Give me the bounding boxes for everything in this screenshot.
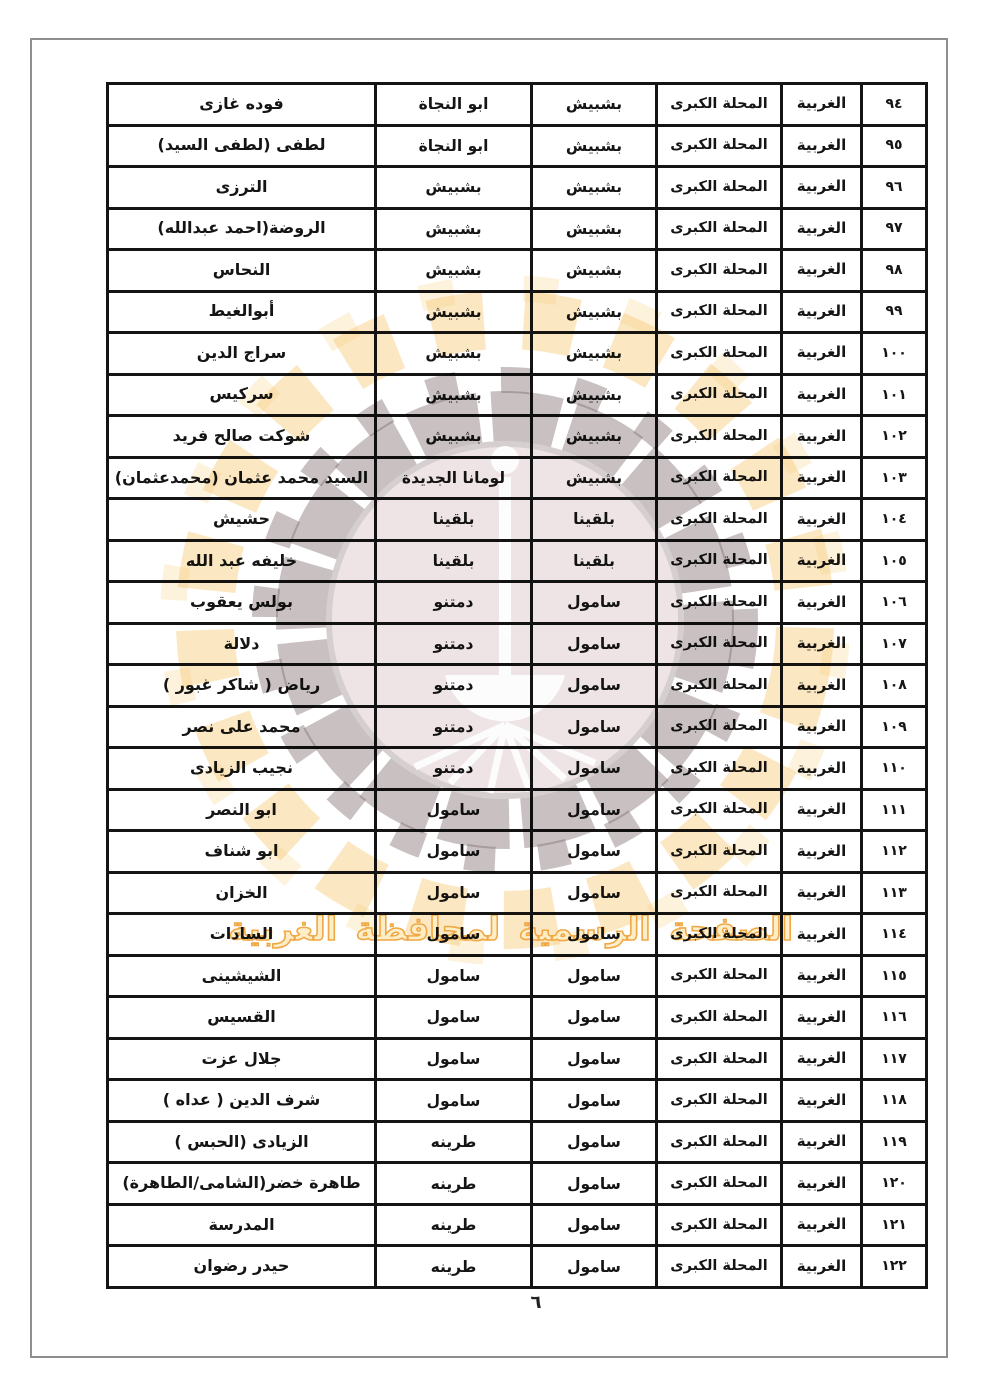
cell-row-number: ٩٩ xyxy=(863,293,925,332)
cell-name: السادات xyxy=(109,915,377,954)
cell-sub-area: بشبيش xyxy=(377,293,533,332)
table-row: نجيب الزيادى دمتنو سامول المحلة الكبرى ا… xyxy=(109,749,925,791)
cell-row-number: ١٠٢ xyxy=(863,417,925,456)
cell-sub-area: بشبيش xyxy=(377,168,533,207)
cell-governorate: الغربية xyxy=(783,459,863,498)
cell-row-number: ٩٦ xyxy=(863,168,925,207)
cell-row-number: ١٠٤ xyxy=(863,500,925,539)
cell-sub-area: ابو النجاة xyxy=(377,85,533,124)
cell-sub-area: سامول xyxy=(377,957,533,996)
cell-name: جلال عزت xyxy=(109,1040,377,1079)
cell-row-number: ١٢١ xyxy=(863,1206,925,1245)
cell-row-number: ١٠٣ xyxy=(863,459,925,498)
cell-city: المحلة الكبرى xyxy=(658,293,783,332)
cell-name: بولس يعقوب xyxy=(109,583,377,622)
cell-sub-area: بلقينا xyxy=(377,542,533,581)
cell-sub-area: دمتنو xyxy=(377,625,533,664)
cell-city: المحلة الكبرى xyxy=(658,168,783,207)
cell-sub-area: بشبيش xyxy=(377,417,533,456)
cell-city: المحلة الكبرى xyxy=(658,1081,783,1120)
cell-name: الزيادى (الحبس ) xyxy=(109,1123,377,1162)
cell-sub-area: سامول xyxy=(377,998,533,1037)
cell-name: أبوالغيط xyxy=(109,293,377,332)
table-row: النحاس بشبيش بشبيش المحلة الكبرى الغربية… xyxy=(109,251,925,293)
cell-sub-area: بشبيش xyxy=(377,251,533,290)
cell-village: بشبيش xyxy=(533,293,658,332)
register-table: فوده غازى ابو النجاة بشبيش المحلة الكبرى… xyxy=(106,82,928,1289)
cell-sub-area: سامول xyxy=(377,832,533,871)
cell-name: حيدر رضوان xyxy=(109,1247,377,1286)
cell-governorate: الغربية xyxy=(783,998,863,1037)
cell-city: المحلة الكبرى xyxy=(658,791,783,830)
cell-village: بشبيش xyxy=(533,251,658,290)
cell-sub-area: بشبيش xyxy=(377,210,533,249)
table-row: شرف الدين ( عداه ) سامول سامول المحلة ال… xyxy=(109,1081,925,1123)
table-row: خليفه عبد الله بلقينا بلقينا المحلة الكب… xyxy=(109,542,925,584)
cell-city: المحلة الكبرى xyxy=(658,251,783,290)
cell-governorate: الغربية xyxy=(783,1081,863,1120)
cell-governorate: الغربية xyxy=(783,915,863,954)
table-row: ابو النصر سامول سامول المحلة الكبرى الغر… xyxy=(109,791,925,833)
cell-governorate: الغربية xyxy=(783,666,863,705)
table-row: الروضة(احمد عبدالله) بشبيش بشبيش المحلة … xyxy=(109,210,925,252)
cell-name: شوكت صالح فريد xyxy=(109,417,377,456)
cell-city: المحلة الكبرى xyxy=(658,417,783,456)
table-row: حيدر رضوان طرينه سامول المحلة الكبرى الغ… xyxy=(109,1247,925,1286)
cell-village: سامول xyxy=(533,832,658,871)
cell-city: المحلة الكبرى xyxy=(658,915,783,954)
cell-row-number: ١١٨ xyxy=(863,1081,925,1120)
cell-village: سامول xyxy=(533,666,658,705)
page-number: ٦ xyxy=(496,1292,576,1313)
cell-village: سامول xyxy=(533,1206,658,1245)
cell-name: حشيش xyxy=(109,500,377,539)
cell-name: خليفه عبد الله xyxy=(109,542,377,581)
table-row: الترزى بشبيش بشبيش المحلة الكبرى الغربية… xyxy=(109,168,925,210)
cell-city: المحلة الكبرى xyxy=(658,957,783,996)
cell-governorate: الغربية xyxy=(783,625,863,664)
cell-village: سامول xyxy=(533,791,658,830)
cell-sub-area: بشبيش xyxy=(377,334,533,373)
cell-row-number: ١٠٨ xyxy=(863,666,925,705)
cell-sub-area: ابو النجاة xyxy=(377,127,533,166)
table-row: القسيس سامول سامول المحلة الكبرى الغربية… xyxy=(109,998,925,1040)
cell-row-number: ٩٤ xyxy=(863,85,925,124)
cell-sub-area: دمتنو xyxy=(377,708,533,747)
cell-row-number: ١١٥ xyxy=(863,957,925,996)
cell-row-number: ١١١ xyxy=(863,791,925,830)
table-row: فوده غازى ابو النجاة بشبيش المحلة الكبرى… xyxy=(109,85,925,127)
cell-city: المحلة الكبرى xyxy=(658,1123,783,1162)
cell-governorate: الغربية xyxy=(783,500,863,539)
cell-governorate: الغربية xyxy=(783,127,863,166)
cell-city: المحلة الكبرى xyxy=(658,1206,783,1245)
cell-row-number: ١١٧ xyxy=(863,1040,925,1079)
cell-village: سامول xyxy=(533,874,658,913)
cell-row-number: ١٠٧ xyxy=(863,625,925,664)
table-row: محمد على نصر دمتنو سامول المحلة الكبرى ا… xyxy=(109,708,925,750)
cell-sub-area: دمتنو xyxy=(377,666,533,705)
cell-row-number: ١١٠ xyxy=(863,749,925,788)
cell-name: الترزى xyxy=(109,168,377,207)
table-row: الخزان سامول سامول المحلة الكبرى الغربية… xyxy=(109,874,925,916)
cell-name: نجيب الزيادى xyxy=(109,749,377,788)
table-row: المدرسة طرينه سامول المحلة الكبرى الغربي… xyxy=(109,1206,925,1248)
cell-row-number: ١٠٩ xyxy=(863,708,925,747)
cell-village: سامول xyxy=(533,1123,658,1162)
cell-village: سامول xyxy=(533,1040,658,1079)
cell-sub-area: طرينه xyxy=(377,1247,533,1286)
cell-name: دلالة xyxy=(109,625,377,664)
cell-governorate: الغربية xyxy=(783,293,863,332)
cell-name: سركيس xyxy=(109,376,377,415)
cell-city: المحلة الكبرى xyxy=(658,625,783,664)
cell-city: المحلة الكبرى xyxy=(658,666,783,705)
cell-row-number: ١١٢ xyxy=(863,832,925,871)
table-row: السادات سامول سامول المحلة الكبرى الغربي… xyxy=(109,915,925,957)
cell-village: بشبيش xyxy=(533,417,658,456)
cell-row-number: ١٠٦ xyxy=(863,583,925,622)
cell-village: بشبيش xyxy=(533,127,658,166)
cell-city: المحلة الكبرى xyxy=(658,459,783,498)
table-row: لطفى (لطفى السيد) ابو النجاة بشبيش المحل… xyxy=(109,127,925,169)
cell-governorate: الغربية xyxy=(783,791,863,830)
table-row: السيد محمد عثمان (محمدعثمان) لومانا الجد… xyxy=(109,459,925,501)
cell-name: محمد على نصر xyxy=(109,708,377,747)
cell-village: سامول xyxy=(533,708,658,747)
cell-governorate: الغربية xyxy=(783,749,863,788)
cell-name: طاهرة خضر(الشامى/الطاهرة) xyxy=(109,1164,377,1203)
cell-governorate: الغربية xyxy=(783,583,863,622)
cell-governorate: الغربية xyxy=(783,85,863,124)
cell-row-number: ١٢٠ xyxy=(863,1164,925,1203)
table-row: طاهرة خضر(الشامى/الطاهرة) طرينه سامول ال… xyxy=(109,1164,925,1206)
cell-city: المحلة الكبرى xyxy=(658,1164,783,1203)
cell-governorate: الغربية xyxy=(783,1206,863,1245)
cell-city: المحلة الكبرى xyxy=(658,376,783,415)
cell-village: سامول xyxy=(533,957,658,996)
cell-name: رياض ( شاكر غبور ) xyxy=(109,666,377,705)
cell-city: المحلة الكبرى xyxy=(658,874,783,913)
cell-governorate: الغربية xyxy=(783,708,863,747)
cell-name: المدرسة xyxy=(109,1206,377,1245)
cell-city: المحلة الكبرى xyxy=(658,583,783,622)
cell-village: سامول xyxy=(533,915,658,954)
cell-village: سامول xyxy=(533,749,658,788)
cell-name: الشيشينى xyxy=(109,957,377,996)
cell-city: المحلة الكبرى xyxy=(658,998,783,1037)
cell-village: بشبيش xyxy=(533,334,658,373)
cell-city: المحلة الكبرى xyxy=(658,708,783,747)
table-row: جلال عزت سامول سامول المحلة الكبرى الغرب… xyxy=(109,1040,925,1082)
cell-row-number: ١١٩ xyxy=(863,1123,925,1162)
table-row: أبوالغيط بشبيش بشبيش المحلة الكبرى الغرب… xyxy=(109,293,925,335)
cell-name: القسيس xyxy=(109,998,377,1037)
cell-village: سامول xyxy=(533,625,658,664)
cell-name: شرف الدين ( عداه ) xyxy=(109,1081,377,1120)
cell-governorate: الغربية xyxy=(783,1123,863,1162)
cell-governorate: الغربية xyxy=(783,251,863,290)
cell-row-number: ١٢٢ xyxy=(863,1247,925,1286)
cell-sub-area: لومانا الجديدة xyxy=(377,459,533,498)
cell-sub-area: دمتنو xyxy=(377,749,533,788)
cell-sub-area: بشبيش xyxy=(377,376,533,415)
table-row: دلالة دمتنو سامول المحلة الكبرى الغربية … xyxy=(109,625,925,667)
cell-name: النحاس xyxy=(109,251,377,290)
cell-sub-area: طرينه xyxy=(377,1123,533,1162)
cell-village: بشبيش xyxy=(533,85,658,124)
cell-row-number: ٩٨ xyxy=(863,251,925,290)
cell-sub-area: سامول xyxy=(377,1040,533,1079)
cell-sub-area: بلقينا xyxy=(377,500,533,539)
cell-sub-area: طرينه xyxy=(377,1206,533,1245)
cell-village: بشبيش xyxy=(533,210,658,249)
cell-city: المحلة الكبرى xyxy=(658,500,783,539)
cell-governorate: الغربية xyxy=(783,376,863,415)
cell-governorate: الغربية xyxy=(783,1164,863,1203)
cell-village: سامول xyxy=(533,1164,658,1203)
cell-village: سامول xyxy=(533,1247,658,1286)
cell-village: بشبيش xyxy=(533,168,658,207)
cell-village: بشبيش xyxy=(533,459,658,498)
cell-name: لطفى (لطفى السيد) xyxy=(109,127,377,166)
table-row: سركيس بشبيش بشبيش المحلة الكبرى الغربية … xyxy=(109,376,925,418)
cell-name: الخزان xyxy=(109,874,377,913)
cell-name: فوده غازى xyxy=(109,85,377,124)
cell-governorate: الغربية xyxy=(783,334,863,373)
cell-name: سراج الدين xyxy=(109,334,377,373)
cell-sub-area: سامول xyxy=(377,874,533,913)
table-row: ابو شناف سامول سامول المحلة الكبرى الغرب… xyxy=(109,832,925,874)
cell-governorate: الغربية xyxy=(783,957,863,996)
cell-city: المحلة الكبرى xyxy=(658,1040,783,1079)
cell-city: المحلة الكبرى xyxy=(658,749,783,788)
cell-name: الروضة(احمد عبدالله) xyxy=(109,210,377,249)
cell-governorate: الغربية xyxy=(783,832,863,871)
cell-city: المحلة الكبرى xyxy=(658,542,783,581)
cell-city: المحلة الكبرى xyxy=(658,210,783,249)
cell-row-number: ١١٦ xyxy=(863,998,925,1037)
cell-city: المحلة الكبرى xyxy=(658,334,783,373)
cell-row-number: ١٠٠ xyxy=(863,334,925,373)
table-row: الزيادى (الحبس ) طرينه سامول المحلة الكب… xyxy=(109,1123,925,1165)
cell-sub-area: سامول xyxy=(377,791,533,830)
cell-sub-area: طرينه xyxy=(377,1164,533,1203)
cell-row-number: ١٠٥ xyxy=(863,542,925,581)
cell-village: بشبيش xyxy=(533,376,658,415)
cell-governorate: الغربية xyxy=(783,542,863,581)
cell-sub-area: سامول xyxy=(377,1081,533,1120)
cell-governorate: الغربية xyxy=(783,1247,863,1286)
cell-city: المحلة الكبرى xyxy=(658,85,783,124)
cell-sub-area: دمتنو xyxy=(377,583,533,622)
cell-sub-area: سامول xyxy=(377,915,533,954)
cell-governorate: الغربية xyxy=(783,168,863,207)
cell-city: المحلة الكبرى xyxy=(658,1247,783,1286)
cell-governorate: الغربية xyxy=(783,417,863,456)
table-row: سراج الدين بشبيش بشبيش المحلة الكبرى الغ… xyxy=(109,334,925,376)
cell-governorate: الغربية xyxy=(783,1040,863,1079)
cell-governorate: الغربية xyxy=(783,210,863,249)
table-row: بولس يعقوب دمتنو سامول المحلة الكبرى الغ… xyxy=(109,583,925,625)
cell-row-number: ١١٤ xyxy=(863,915,925,954)
cell-governorate: الغربية xyxy=(783,874,863,913)
cell-village: بلقينا xyxy=(533,542,658,581)
cell-city: المحلة الكبرى xyxy=(658,127,783,166)
cell-row-number: ١٠١ xyxy=(863,376,925,415)
cell-village: سامول xyxy=(533,583,658,622)
cell-name: ابو النصر xyxy=(109,791,377,830)
cell-row-number: ٩٥ xyxy=(863,127,925,166)
cell-village: سامول xyxy=(533,998,658,1037)
cell-name: السيد محمد عثمان (محمدعثمان) xyxy=(109,459,377,498)
table-row: رياض ( شاكر غبور ) دمتنو سامول المحلة ال… xyxy=(109,666,925,708)
cell-village: بلقينا xyxy=(533,500,658,539)
cell-row-number: ٩٧ xyxy=(863,210,925,249)
cell-row-number: ١١٣ xyxy=(863,874,925,913)
cell-name: ابو شناف xyxy=(109,832,377,871)
table-row: شوكت صالح فريد بشبيش بشبيش المحلة الكبرى… xyxy=(109,417,925,459)
table-row: الشيشينى سامول سامول المحلة الكبرى الغرب… xyxy=(109,957,925,999)
cell-city: المحلة الكبرى xyxy=(658,832,783,871)
table-row: حشيش بلقينا بلقينا المحلة الكبرى الغربية… xyxy=(109,500,925,542)
cell-village: سامول xyxy=(533,1081,658,1120)
